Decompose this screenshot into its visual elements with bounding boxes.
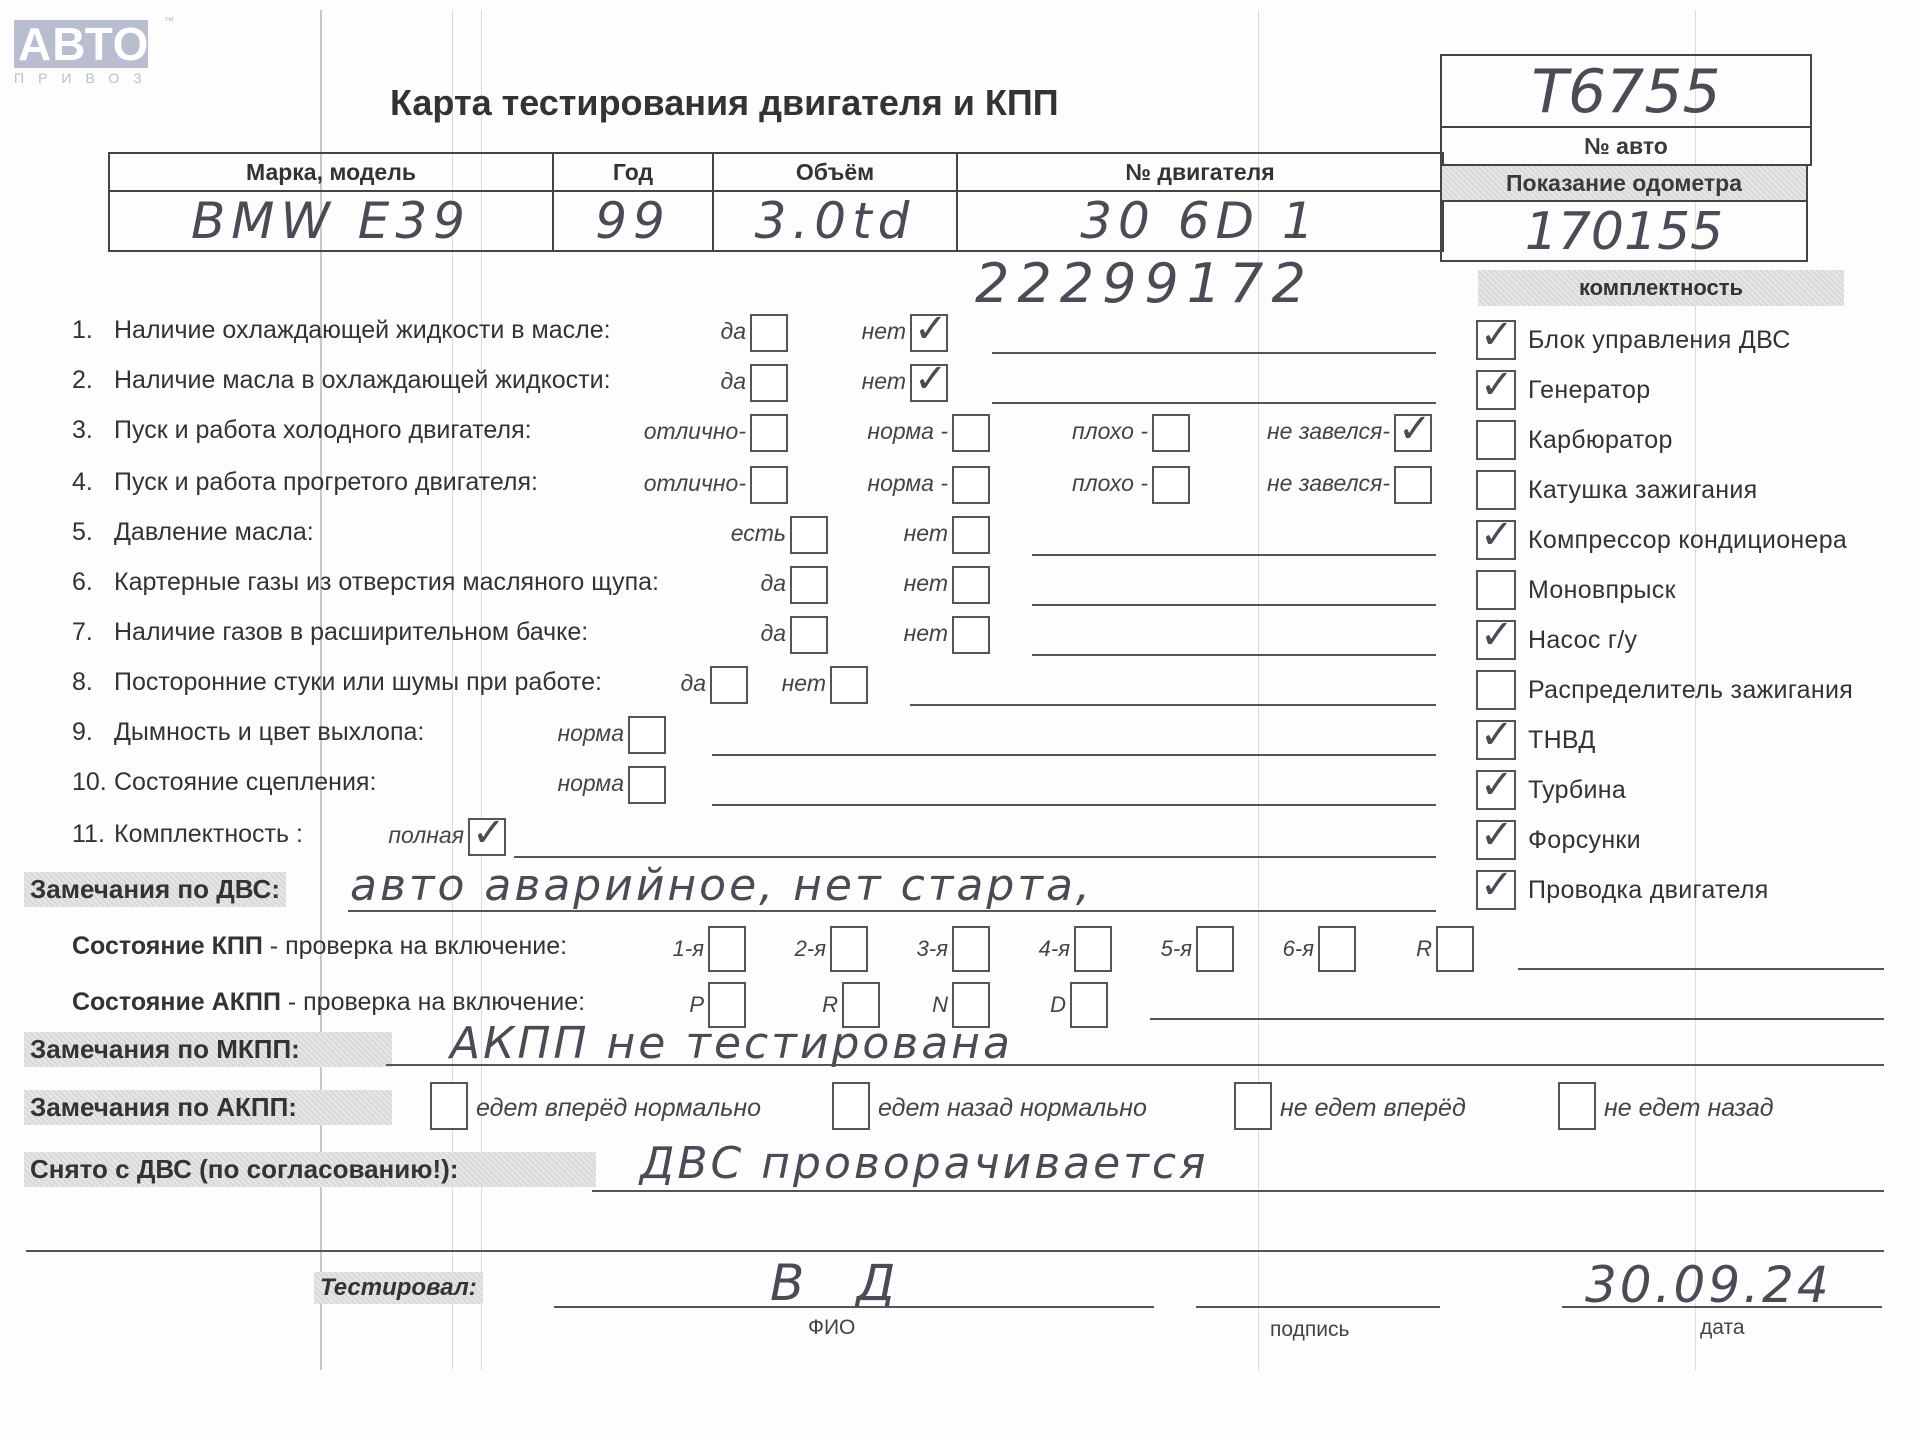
option-label: есть bbox=[731, 520, 786, 547]
akpp-option-checkbox[interactable] bbox=[1558, 1082, 1596, 1130]
question-number: 9. bbox=[72, 718, 114, 747]
checkbox-q3-3[interactable] bbox=[1152, 414, 1190, 452]
completeness-label: Компрессор кондиционера bbox=[1528, 526, 1847, 555]
checkbox-q2-2[interactable] bbox=[910, 364, 948, 402]
question-number: 10. bbox=[72, 768, 114, 797]
option-label: нет bbox=[904, 570, 948, 597]
auto-gearbox-label-bold: Состояние АКПП bbox=[72, 988, 281, 1016]
gear-checkbox-4-я[interactable] bbox=[1074, 926, 1112, 972]
gear-label: 3-я bbox=[917, 936, 948, 962]
akpp-option-checkbox[interactable] bbox=[1234, 1082, 1272, 1130]
completeness-checkbox[interactable] bbox=[1476, 570, 1516, 610]
option-label: нет bbox=[782, 670, 826, 697]
answer-line bbox=[712, 754, 1436, 756]
option-label: нет bbox=[862, 368, 906, 395]
option-label: плохо - bbox=[1072, 418, 1148, 445]
auto-number-label: № авто bbox=[1442, 128, 1810, 164]
completeness-label: Распределитель зажигания bbox=[1528, 676, 1853, 705]
checkbox-q4-2[interactable] bbox=[952, 466, 990, 504]
option-label: норма bbox=[557, 720, 624, 747]
checkbox-q8-1[interactable] bbox=[710, 666, 748, 704]
completeness-checkbox[interactable] bbox=[1476, 870, 1516, 910]
option-label: нет bbox=[904, 620, 948, 647]
checkbox-q9-1[interactable] bbox=[628, 716, 666, 754]
volume-value[interactable]: 3.0td bbox=[713, 191, 957, 251]
akpp-option-label: едет назад нормально bbox=[878, 1094, 1147, 1123]
akpp-option-label: едет вперёд нормально bbox=[476, 1094, 761, 1123]
question-number: 11. bbox=[72, 820, 114, 849]
checkbox-q10-1[interactable] bbox=[628, 766, 666, 804]
completeness-label: Турбина bbox=[1528, 776, 1626, 805]
completeness-header: комплектность bbox=[1478, 270, 1844, 306]
option-label: отлично- bbox=[644, 418, 746, 445]
divider-line bbox=[26, 1250, 1884, 1252]
question-3: 3.Пуск и работа холодного двигателя: bbox=[72, 416, 532, 445]
question-5: 5.Давление масла: bbox=[72, 518, 314, 547]
tested-by-label: Тестировал: bbox=[314, 1272, 483, 1304]
question-2: 2.Наличие масла в охлаждающей жидкости: bbox=[72, 366, 611, 395]
completeness-item[interactable]: Компрессор кондиционера bbox=[1476, 520, 1847, 560]
mkpp-remarks-line bbox=[386, 1064, 1884, 1066]
logo-main: АВТО bbox=[14, 20, 148, 68]
gear-label: N bbox=[932, 992, 948, 1018]
checkbox-q3-1[interactable] bbox=[750, 414, 788, 452]
option-label: да bbox=[760, 620, 786, 647]
checkbox-q11-1[interactable] bbox=[468, 818, 506, 856]
question-number: 8. bbox=[72, 668, 114, 697]
gear-checkbox-2-я[interactable] bbox=[830, 926, 868, 972]
completeness-label: Карбюратор bbox=[1528, 426, 1673, 455]
question-text: Наличие масла в охлаждающей жидкости: bbox=[114, 366, 611, 394]
engine-remarks-label: Замечания по ДВС: bbox=[24, 872, 286, 907]
completeness-checkbox[interactable] bbox=[1476, 720, 1516, 760]
option-label: да bbox=[760, 570, 786, 597]
option-label: норма - bbox=[867, 418, 948, 445]
completeness-item[interactable]: Катушка зажигания bbox=[1476, 470, 1757, 510]
answer-line bbox=[1032, 604, 1436, 606]
name-caption: ФИО bbox=[808, 1316, 855, 1340]
option-label: да bbox=[680, 670, 706, 697]
checkbox-q1-1[interactable] bbox=[750, 314, 788, 352]
completeness-item[interactable]: Турбина bbox=[1476, 770, 1626, 810]
checkbox-q4-3[interactable] bbox=[1152, 466, 1190, 504]
completeness-item[interactable]: ТНВД bbox=[1476, 720, 1596, 760]
auto-gearbox-label: Состояние АКПП - проверка на включение: bbox=[72, 988, 585, 1017]
completeness-checkbox[interactable] bbox=[1476, 470, 1516, 510]
gear-checkbox-D[interactable] bbox=[1070, 982, 1108, 1028]
akpp-option-checkbox[interactable] bbox=[832, 1082, 870, 1130]
checkbox-q4-1[interactable] bbox=[750, 466, 788, 504]
question-text: Пуск и работа прогретого двигателя: bbox=[114, 468, 538, 496]
question-10: 10.Состояние сцепления: bbox=[72, 768, 376, 797]
checkbox-q7-1[interactable] bbox=[790, 616, 828, 654]
completeness-item[interactable]: Карбюратор bbox=[1476, 420, 1673, 460]
logo-sub: ПРИВОЗ bbox=[14, 70, 156, 86]
checkbox-q6-1[interactable] bbox=[790, 566, 828, 604]
odometer-value[interactable]: 170155 bbox=[1440, 202, 1808, 262]
page-title: Карта тестирования двигателя и КПП bbox=[390, 82, 1059, 124]
completeness-item[interactable]: Насос г/у bbox=[1476, 620, 1637, 660]
option-label: не завелся- bbox=[1267, 470, 1390, 497]
mkpp-remarks-value[interactable]: АКПП не тестирована bbox=[450, 1018, 1013, 1069]
question-number: 5. bbox=[72, 518, 114, 547]
question-number: 7. bbox=[72, 618, 114, 647]
completeness-label: ТНВД bbox=[1528, 726, 1596, 755]
checkbox-q3-4[interactable] bbox=[1394, 414, 1432, 452]
manual-gearbox-label-rest: - проверка на включение: bbox=[263, 932, 567, 960]
question-1: 1.Наличие охлаждающей жидкости в масле: bbox=[72, 316, 611, 345]
option-label: норма bbox=[557, 770, 624, 797]
completeness-checkbox[interactable] bbox=[1476, 520, 1516, 560]
engine-remarks-line bbox=[348, 910, 1436, 912]
col-volume: Объём bbox=[713, 153, 957, 191]
answer-line bbox=[992, 352, 1436, 354]
checkbox-q4-4[interactable] bbox=[1394, 466, 1432, 504]
engine-number-line2[interactable]: 22299172 bbox=[975, 252, 1314, 315]
answer-line bbox=[1032, 654, 1436, 656]
manual-gearbox-label: Состояние КПП - проверка на включение: bbox=[72, 932, 567, 961]
gear-label: 4-я bbox=[1039, 936, 1070, 962]
answer-line bbox=[910, 704, 1436, 706]
checkbox-q5-1[interactable] bbox=[790, 516, 828, 554]
checkbox-q3-2[interactable] bbox=[952, 414, 990, 452]
odometer-box: Показание одометра 170155 bbox=[1440, 164, 1808, 262]
akpp-option-label: не едет назад bbox=[1604, 1094, 1774, 1123]
akpp-option-label: не едет вперёд bbox=[1280, 1094, 1466, 1123]
option-label: плохо - bbox=[1072, 470, 1148, 497]
auto-number-box: T6755 № авто bbox=[1440, 54, 1812, 166]
tester-name[interactable]: В Д bbox=[770, 1254, 913, 1312]
name-line bbox=[554, 1306, 1154, 1308]
question-text: Наличие охлаждающей жидкости в масле: bbox=[114, 316, 611, 344]
col-year: Год bbox=[553, 153, 713, 191]
question-4: 4.Пуск и работа прогретого двигателя: bbox=[72, 468, 538, 497]
option-label: да bbox=[720, 368, 746, 395]
checkbox-q1-2[interactable] bbox=[910, 314, 948, 352]
completeness-item[interactable]: Форсунки bbox=[1476, 820, 1641, 860]
completeness-checkbox[interactable] bbox=[1476, 620, 1516, 660]
option-label: не завелся- bbox=[1267, 418, 1390, 445]
question-text: Наличие газов в расширительном бачке: bbox=[114, 618, 588, 646]
question-text: Пуск и работа холодного двигателя: bbox=[114, 416, 532, 444]
akpp-option-checkbox[interactable] bbox=[430, 1082, 468, 1130]
question-number: 1. bbox=[72, 316, 114, 345]
checkbox-q5-2[interactable] bbox=[952, 516, 990, 554]
date-line bbox=[1562, 1306, 1882, 1308]
option-label: да bbox=[720, 318, 746, 345]
removed-value[interactable]: ДВС проворачивается bbox=[640, 1138, 1208, 1189]
question-text: Картерные газы из отверстия масляного щу… bbox=[114, 568, 659, 596]
signature-line bbox=[1196, 1306, 1440, 1308]
odometer-label: Показание одометра bbox=[1440, 164, 1808, 202]
completeness-checkbox[interactable] bbox=[1476, 670, 1516, 710]
option-label: нет bbox=[862, 318, 906, 345]
auto-gearbox-label-rest: - проверка на включение: bbox=[281, 988, 585, 1016]
engine-remarks-value[interactable]: авто аварийное, нет старта, bbox=[350, 860, 1093, 911]
gear-label: 2-я bbox=[795, 936, 826, 962]
col-make-model: Марка, модель bbox=[109, 153, 553, 191]
option-label: отлично- bbox=[644, 470, 746, 497]
completeness-checkbox[interactable] bbox=[1476, 770, 1516, 810]
mkpp-remarks-label: Замечания по МКПП: bbox=[24, 1032, 392, 1067]
gear-checkbox-5-я[interactable] bbox=[1196, 926, 1234, 972]
auto-number-value[interactable]: T6755 bbox=[1442, 56, 1810, 128]
extra-line bbox=[1518, 968, 1884, 970]
completeness-checkbox[interactable] bbox=[1476, 820, 1516, 860]
question-number: 3. bbox=[72, 416, 114, 445]
question-text: Состояние сцепления: bbox=[114, 768, 376, 796]
option-label: нет bbox=[904, 520, 948, 547]
option-label: полная bbox=[388, 822, 464, 849]
option-label: норма - bbox=[867, 470, 948, 497]
completeness-label: Проводка двигателя bbox=[1528, 876, 1769, 905]
date-caption: дата bbox=[1700, 1316, 1745, 1340]
question-text: Посторонние стуки или шумы при работе: bbox=[114, 668, 602, 696]
gear-label: P bbox=[689, 992, 704, 1018]
question-text: Дымность и цвет выхлопа: bbox=[114, 718, 424, 746]
checkbox-q8-2[interactable] bbox=[830, 666, 868, 704]
completeness-item[interactable]: Блок управления ДВС bbox=[1476, 320, 1791, 360]
signature-caption: подпись bbox=[1270, 1318, 1349, 1342]
question-number: 2. bbox=[72, 366, 114, 395]
col-engine-number: № двигателя bbox=[957, 153, 1443, 191]
gear-label: 1-я bbox=[673, 936, 704, 962]
gear-checkbox-1-я[interactable] bbox=[708, 926, 746, 972]
answer-line bbox=[1032, 554, 1436, 556]
completeness-label: Моновпрыск bbox=[1528, 576, 1676, 605]
question-8: 8.Посторонние стуки или шумы при работе: bbox=[72, 668, 602, 697]
completeness-checkbox[interactable] bbox=[1476, 420, 1516, 460]
question-number: 4. bbox=[72, 468, 114, 497]
akpp-remarks-label: Замечания по АКПП: bbox=[24, 1090, 392, 1125]
question-11: 11.Комплектность : bbox=[72, 820, 303, 849]
gear-label: D bbox=[1050, 992, 1066, 1018]
completeness-item[interactable]: Проводка двигателя bbox=[1476, 870, 1769, 910]
answer-line bbox=[712, 804, 1436, 806]
logo: АВТО ПРИВОЗ ™ bbox=[14, 20, 156, 86]
logo-tm: ™ bbox=[164, 16, 174, 27]
checkbox-q7-2[interactable] bbox=[952, 616, 990, 654]
removed-label: Снято с ДВС (по согласованию!): bbox=[24, 1152, 596, 1187]
gear-label: 5-я bbox=[1161, 936, 1192, 962]
gear-label: R bbox=[822, 992, 838, 1018]
gear-label: 6-я bbox=[1283, 936, 1314, 962]
checkbox-q2-1[interactable] bbox=[750, 364, 788, 402]
question-7: 7.Наличие газов в расширительном бачке: bbox=[72, 618, 588, 647]
question-6: 6.Картерные газы из отверстия масляного … bbox=[72, 568, 659, 597]
completeness-label: Форсунки bbox=[1528, 826, 1641, 855]
question-text: Давление масла: bbox=[114, 518, 314, 546]
completeness-label: Блок управления ДВС bbox=[1528, 326, 1791, 355]
completeness-label: Насос г/у bbox=[1528, 626, 1637, 655]
completeness-item[interactable]: Генератор bbox=[1476, 370, 1650, 410]
completeness-label: Катушка зажигания bbox=[1528, 476, 1757, 505]
year-value[interactable]: 99 bbox=[553, 191, 713, 251]
completeness-checkbox[interactable] bbox=[1476, 370, 1516, 410]
question-number: 6. bbox=[72, 568, 114, 597]
completeness-item[interactable]: Моновпрыск bbox=[1476, 570, 1676, 610]
gear-checkbox-6-я[interactable] bbox=[1318, 926, 1356, 972]
gear-label: R bbox=[1416, 936, 1432, 962]
manual-gearbox-label-bold: Состояние КПП bbox=[72, 932, 263, 960]
question-text: Комплектность : bbox=[114, 820, 303, 848]
gear-checkbox-3-я[interactable] bbox=[952, 926, 990, 972]
make-model-value[interactable]: BMW E39 bbox=[109, 191, 553, 251]
removed-line bbox=[592, 1190, 1884, 1192]
answer-line bbox=[992, 402, 1436, 404]
question-9: 9.Дымность и цвет выхлопа: bbox=[72, 718, 424, 747]
gear-checkbox-R[interactable] bbox=[1436, 926, 1474, 972]
vehicle-info-table: Марка, модель Год Объём № двигателя BMW … bbox=[108, 152, 1444, 252]
engine-number-value[interactable]: 30 6D 1 bbox=[957, 191, 1443, 251]
completeness-item[interactable]: Распределитель зажигания bbox=[1476, 670, 1853, 710]
answer-line bbox=[514, 856, 1436, 858]
completeness-checkbox[interactable] bbox=[1476, 320, 1516, 360]
completeness-label: Генератор bbox=[1528, 376, 1650, 405]
checkbox-q6-2[interactable] bbox=[952, 566, 990, 604]
